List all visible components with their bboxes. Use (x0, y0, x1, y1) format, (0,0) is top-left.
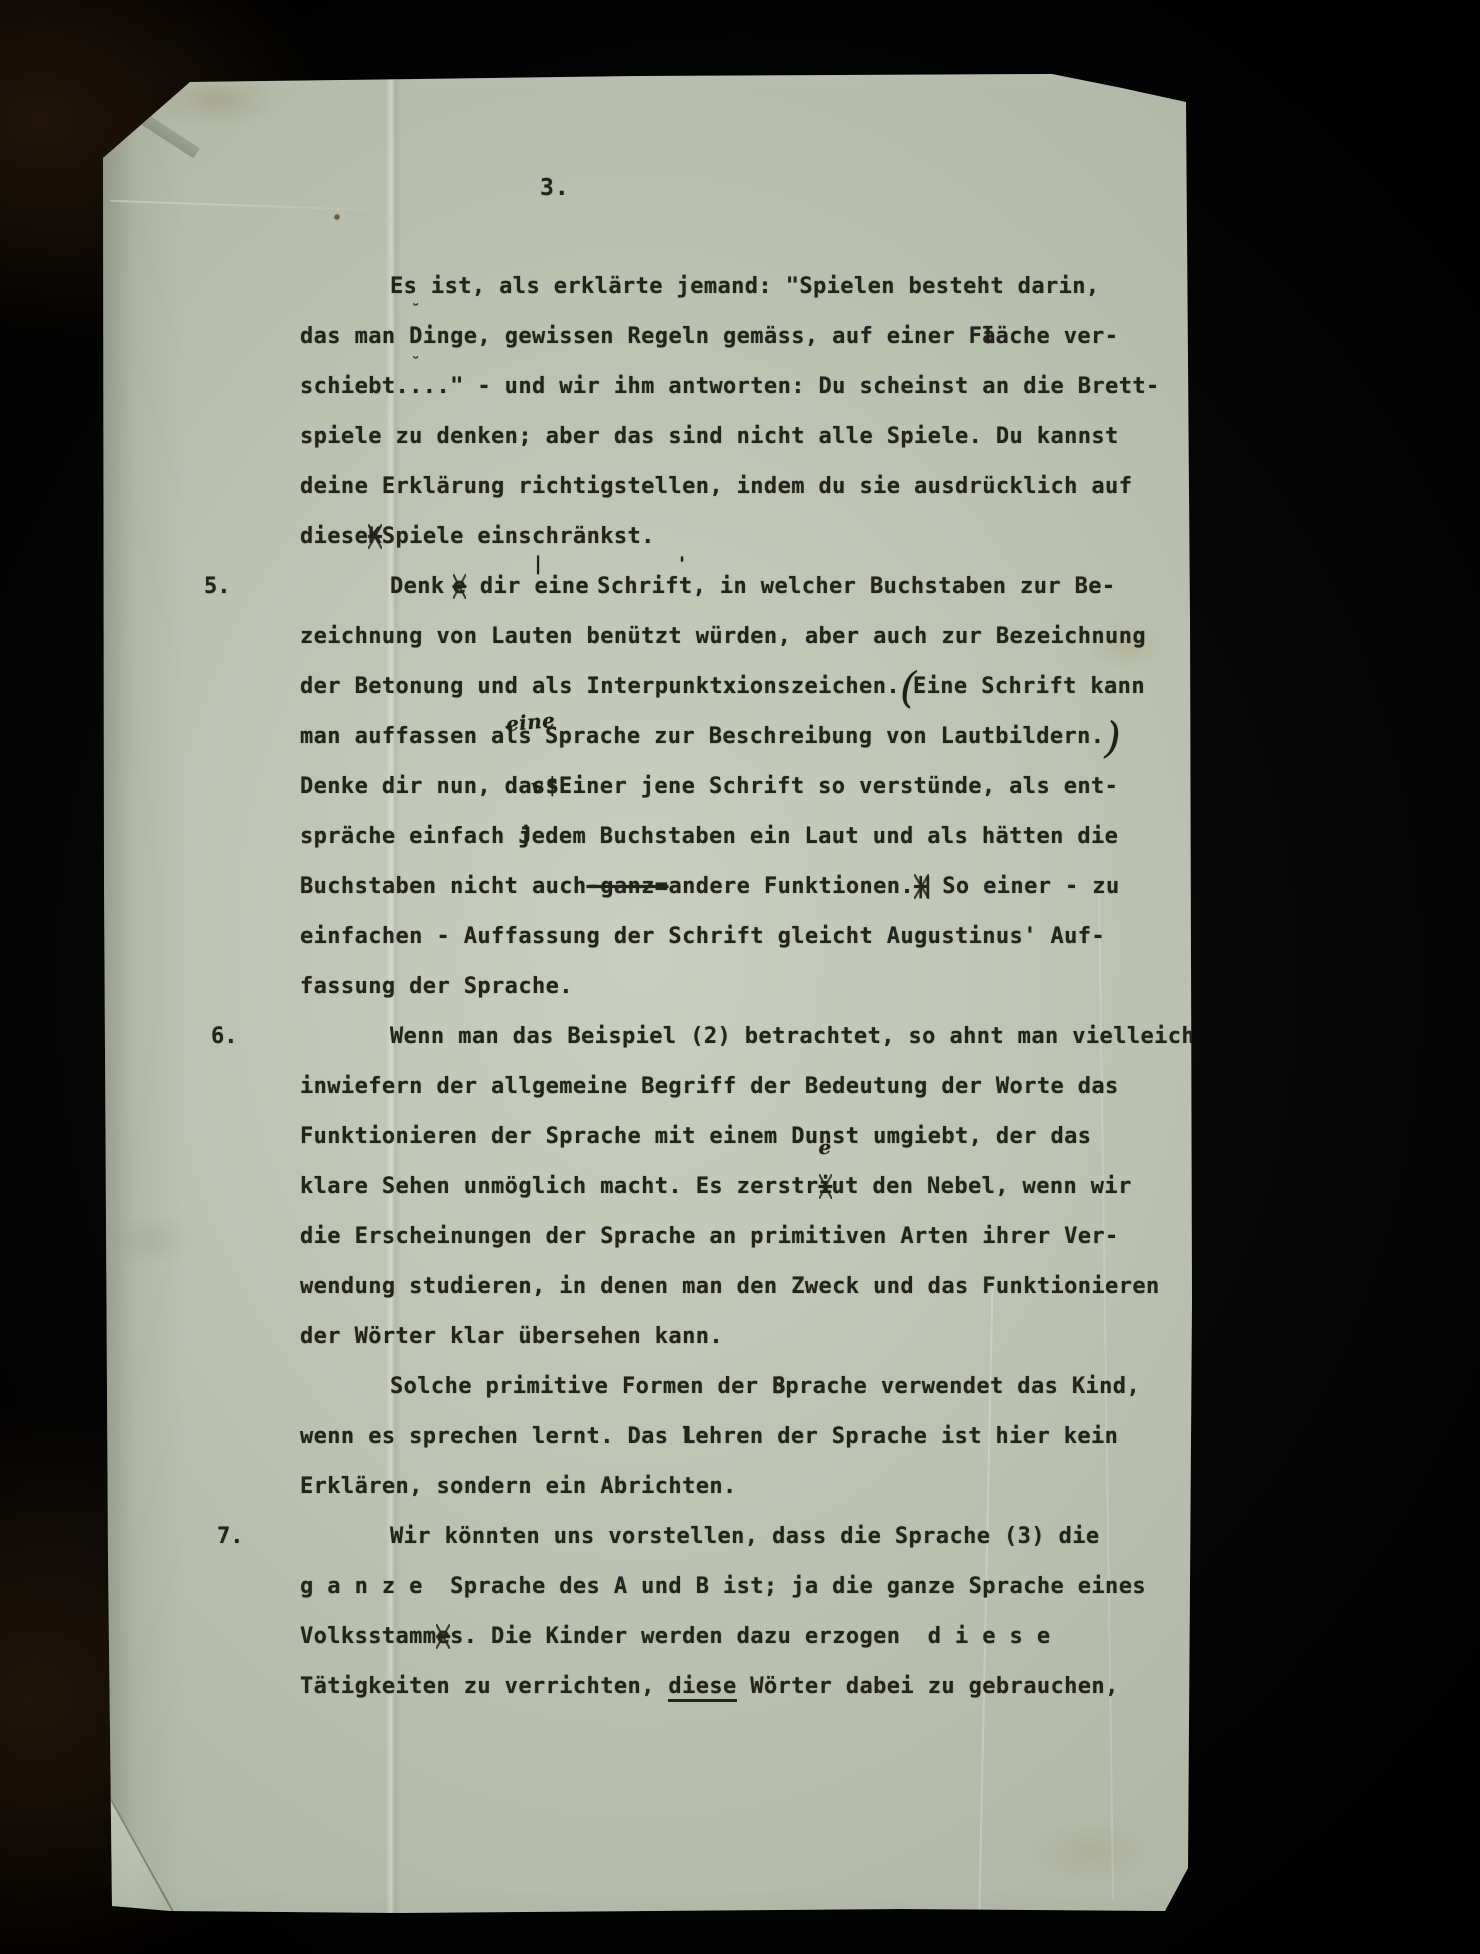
typed-text: schiebt...." - und wir ihm antworten: Du… (300, 374, 1160, 399)
typed-text: Funktionieren der Sprache mit einem Duns… (300, 1124, 1091, 1149)
struck-text: || (914, 874, 929, 899)
typed-text: Volksstamm (300, 1624, 436, 1649)
text-line: Denke dir nun, dass$Einer jene Schrift s… (300, 762, 1170, 812)
typed-text: Tätigkeiten zu verrichten, (300, 1674, 668, 1699)
typed-text: ehren der Sprache ist hier kein (695, 1424, 1118, 1449)
text-column: Es ist, als erklärte jemand: "Spielen be… (300, 262, 1170, 1712)
typed-text: Schrift, in welcher Buchstaben zur Be- (597, 574, 1116, 599)
typed-text: zeichnung von Lauten benützt würden, abe… (300, 624, 1146, 649)
typed-text: die Erscheinungen der Sprache an primiti… (300, 1224, 1119, 1249)
bottom-left-fold (104, 1792, 176, 1912)
typed-text: der Betonung und als Interpunkt (300, 674, 723, 699)
typed-text: edem Buchstaben ein Laut und als hätten … (532, 824, 1119, 849)
typed-text: inge, gewissen Regeln gemäss, auf einer … (423, 324, 982, 349)
typed-text: klare Sehen unmöglich macht. Es zerstr (300, 1174, 819, 1199)
typed-text: inwiefern der allgemeine Begriff der Bed… (300, 1074, 1119, 1099)
typed-text: prache verwendet das Kind, (785, 1374, 1140, 1399)
diacritic-mark-icon: ˘ (411, 303, 420, 318)
typed-text: ionszeichen. (736, 674, 900, 699)
text-line: fassung der Sprache. (300, 962, 1170, 1012)
typed-text: g a n z e Sprache des A und B ist; ja di… (300, 1574, 1146, 1599)
section-number-5: 5. (204, 562, 231, 612)
text-line: man auffassen alseinevSprache zur Beschr… (300, 712, 1170, 762)
typed-text: Wir könnten uns vorstellen, dass die Spr… (390, 1524, 1100, 1549)
typed-text: einfachen - Auffassung der Schrift gleic… (300, 924, 1105, 949)
typed-text: Denk (390, 574, 445, 599)
top-left-fold (94, 84, 199, 158)
text-line: der Wörter klar übersehen kann. (300, 1312, 1170, 1362)
text-line: das man D˘˘inge, gewissen Regeln gemäss,… (300, 312, 1170, 362)
typed-text: Einer jene Schrift so verstünde, als ent… (559, 774, 1118, 799)
text-line: spiele zu denken; aber das sind nicht al… (300, 412, 1170, 462)
typed-text: Buchstaben nicht auch (300, 874, 587, 899)
text-line: Solche primitive Formen der SBprache ver… (300, 1362, 1170, 1412)
text-line: schiebt...." - und wir ihm antworten: Du… (300, 362, 1170, 412)
typed-text: das man (300, 324, 409, 349)
bottom-left-crease (107, 1794, 174, 1912)
typed-text: deine Erklärung richtigstellen, indem du… (300, 474, 1132, 499)
text-line: g a n z e Sprache des A und B ist; ja di… (300, 1562, 1170, 1612)
typed-text: Wörter dabei zu gebrauchen, (737, 1674, 1119, 1699)
text-line: Buchstaben nicht auch-ganz=andere Funkti… (300, 862, 1170, 912)
underlined-text: diese (668, 1674, 736, 1702)
handwritten-correction: e (819, 1122, 832, 1172)
typed-text: wenn es sprechen lernt. Das (300, 1424, 682, 1449)
text-line: Es ist, als erklärte jemand: "Spielen be… (300, 262, 1170, 312)
typed-text: Sprache zur Beschreibung von Lautbildern… (545, 724, 1104, 749)
char-with-mark: D˘˘ (409, 312, 423, 362)
text-line: inwiefern der allgemeine Begriff der Bed… (300, 1062, 1170, 1112)
text-line: wenn es sprechen lernt. Das lLehren der … (300, 1412, 1170, 1462)
typed-text: der Wörter klar übersehen kann. (300, 1324, 723, 1349)
page-number: 3. (540, 163, 570, 213)
text-line: wendung studieren, in denen man den Zwec… (300, 1262, 1170, 1312)
struck-text: -ganz= (587, 874, 669, 899)
typed-text: äche ver- (996, 324, 1119, 349)
typed-text: Eine Schrift kann (913, 674, 1145, 699)
text-line: deine Erklärung richtigstellen, indem du… (300, 462, 1170, 512)
handwritten-word: eine (504, 695, 557, 749)
text-line: Erklären, sondern ein Abrichten. (300, 1462, 1170, 1512)
struck-char: i (819, 1174, 833, 1199)
text-line: Wenn man das Beispiel (2) betrachtet, so… (300, 1012, 1170, 1062)
struck-text: e (453, 574, 467, 599)
typed-text: diese (300, 524, 368, 549)
section-number-6: 6. (211, 1012, 238, 1062)
text-line: Tätigkeiten zu verrichten, diese Wörter … (300, 1662, 1170, 1712)
insertion-caret-icon: v (531, 761, 543, 811)
typed-text: Wenn man das Beispiel (2) betrachtet, so… (390, 1024, 1209, 1049)
corrected-char: ie (819, 1162, 832, 1212)
typed-text: man auffassen als (300, 724, 532, 749)
text-line: Volksstammes. Die Kinder werden dazu erz… (300, 1612, 1170, 1662)
typed-text: Spiele einschränkst. (382, 524, 655, 549)
text-line: spräche einfach jJedem Buchstaben ein La… (300, 812, 1170, 862)
pen-stroke-icon: | (445, 555, 542, 574)
text-line: die Erscheinungen der Sprache an primiti… (300, 1212, 1170, 1262)
pen-stroke-icon: ' (589, 555, 685, 574)
text-line: Funktionieren der Sprache mit einem Duns… (300, 1112, 1170, 1162)
struck-text: K (368, 524, 382, 549)
text-line: dieseKSpiele einschränkst. (300, 512, 1170, 562)
typed-text: spräche einfach (300, 824, 518, 849)
text-line: zeichnung von Lauten benützt würden, abe… (300, 612, 1170, 662)
typed-text: s. Die Kinder werden dazu erzogen d i e … (450, 1624, 1050, 1649)
typed-text: wendung studieren, in denen man den Zwec… (300, 1274, 1160, 1299)
text-line: Wir könnten uns vorstellen, dass die Spr… (300, 1512, 1170, 1562)
typed-text: ut den Nebel, wenn wir (832, 1174, 1132, 1199)
typed-text: Denke dir nun, das (300, 774, 546, 799)
diacritic-mark-icon: ˘ (411, 356, 420, 371)
scan-background: 3. 5. 6. 7. Es ist, als erklärte jemand:… (0, 0, 1480, 1954)
typed-text: fassung der Sprache. (300, 974, 573, 999)
typed-text: andere Funktionen. (668, 874, 914, 899)
typed-text: spiele zu denken; aber das sind nicht al… (300, 424, 1119, 449)
top-left-crease (110, 200, 410, 212)
typed-text: Solche primitive Formen der (390, 1374, 772, 1399)
base-char: D (409, 324, 423, 349)
struck-text: e (436, 1624, 450, 1649)
text-line: der Betonung und als Interpunktxxionszei… (300, 662, 1170, 712)
typed-text: Erklären, sondern ein Abrichten. (300, 1474, 737, 1499)
text-line: Denk|e dir eine'Schrift, in welcher Buch… (300, 562, 1170, 612)
typed-text: dir eine (466, 574, 589, 599)
text-line: klare Sehen unmöglich macht. Es zerstrie… (300, 1162, 1170, 1212)
typed-text: Es ist, als erklärte jemand: "Spielen be… (390, 274, 1100, 299)
typed-text: So einer - zu (929, 874, 1120, 899)
manuscript-page: 3. 5. 6. 7. Es ist, als erklärte jemand:… (0, 0, 1480, 1954)
text-line: einfachen - Auffassung der Schrift gleic… (300, 912, 1170, 962)
section-number-7: 7. (217, 1512, 244, 1562)
